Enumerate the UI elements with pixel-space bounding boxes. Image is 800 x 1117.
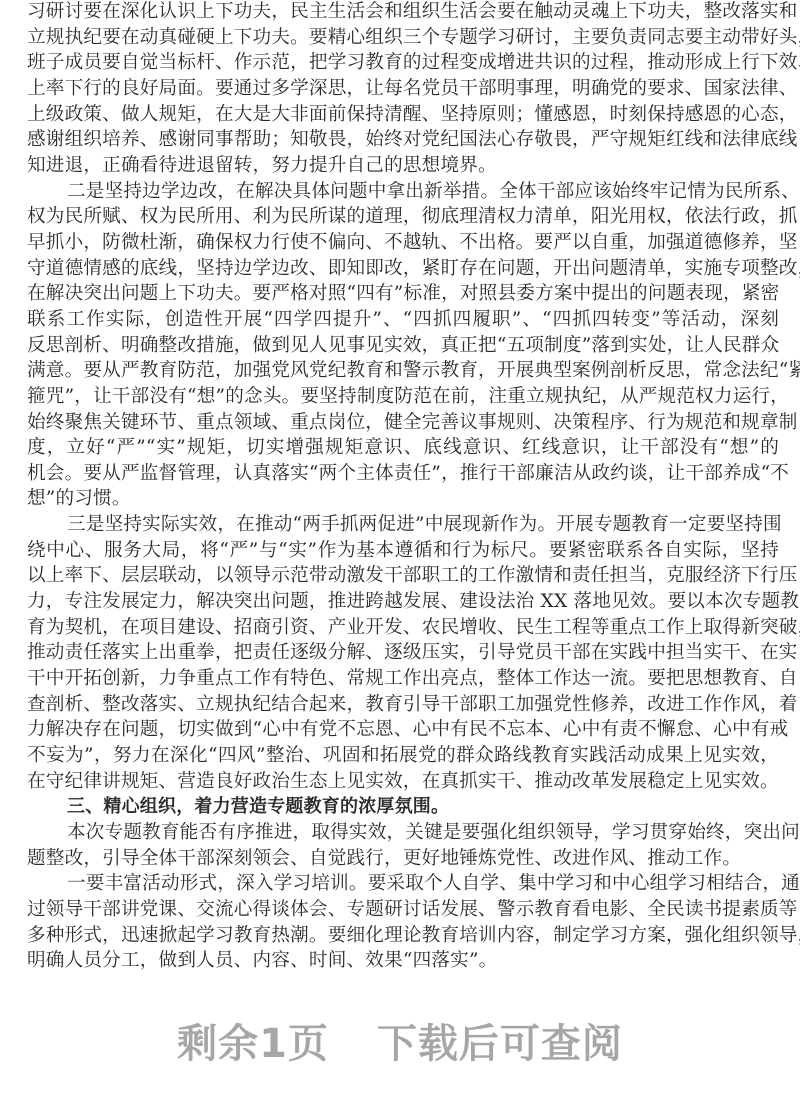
text-line: 班子成员要自觉当标杆、作示范，把学习教育的过程变成增进共识的过程，推动形成上行下…	[27, 50, 779, 76]
remaining-pages-label: 剩余1页	[177, 1021, 329, 1067]
text-line: 想”的习惯。	[27, 486, 779, 512]
text-line: 干中开拓创新，力争重点工作有特色、常规工作出亮点，整体工作达一流。要把思想教育、…	[27, 666, 779, 692]
text-line: 不妄为”，努力在深化“四风”整治、巩固和拓展党的群众路线教育实践活动成果上见实效…	[27, 743, 779, 769]
text-line: 知进退，正确看待进退留转，努力提升自己的思想境界。	[27, 153, 779, 179]
text-line: 守道德情感的底线，坚持边学边改、即知即改，紧盯存在问题，开出问题清单，实施专项整…	[27, 256, 779, 282]
text-line: 二是坚持边学边改，在解决具体问题中拿出新举措。全体干部应该始终牢记情为民所系、	[27, 179, 779, 205]
text-line: 本次专题教育能否有序推进，取得实效，关键是要强化组织领导，学习贯穿始终，突出问	[27, 820, 779, 846]
text-line: 过领导干部讲党课、交流心得谈体会、专题研讨话发展、警示教育看电影、全民读书提素质…	[27, 897, 779, 923]
section-heading: 三、精心组织，着力营造专题教育的浓厚氛围。	[27, 794, 779, 820]
text-line: 习研讨要在深化认识上下功夫，民主生活会和组织生活会要在触动灵魂上下功夫，整改落实…	[27, 0, 779, 25]
text-line: 在解决突出问题上下功夫。要严格对照“四有”标准，对照县委方案中提出的问题表现，紧…	[27, 281, 779, 307]
text-line: 反思剖析、明确整改措施，做到见人见事见实效，真正把“五项制度”落到实处，让人民群…	[27, 333, 779, 359]
text-line: 多种形式，迅速掀起学习教育热潮。要细化理论教育培训内容，制定学习方案，强化组织领…	[27, 923, 779, 949]
text-line: 在守纪律讲规矩、营造良好政治生态上见实效，在真抓实干、推动改革发展稳定上见实效。	[27, 769, 779, 795]
text-line: 上级政策、做人规矩，在大是大非面前保持清醒、坚持原则；懂感恩，时刻保持感恩的心态…	[27, 102, 779, 128]
text-line: 推动责任落实上出重拳，把责任逐级分解、逐级压实，引导党员干部在实践中担当实干、在…	[27, 640, 779, 666]
text-line: 箍咒”，让干部没有“想”的念头。要坚持制度防范在前，注重立规执纪，从严规范权力运…	[27, 384, 779, 410]
text-line: 力，专注发展定力，解决突出问题，推进跨越发展、建设法治 XX 落地见效。要以本次…	[27, 589, 779, 615]
download-banner[interactable]: 剩余1页下载后可查阅	[0, 1012, 800, 1069]
text-line: 感谢组织培养、感谢同事帮助；知敬畏，始终对党纪国法心存敬畏，严守规矩红线和法律底…	[27, 127, 779, 153]
text-line: 早抓小，防微杜渐，确保权力行使不偏向、不越轨、不出格。要严以自重，加强道德修养，…	[27, 230, 779, 256]
text-line: 育为契机，在项目建设、招商引资、产业开发、农民增收、民生工程等重点工作上取得新突…	[27, 615, 779, 641]
text-line: 明确人员分工，做到人员、内容、时间、效果“四落实”。	[27, 948, 779, 974]
text-line: 力解决存在问题，切实做到“心中有党不忘恩、心中有民不忘本、心中有责不懈怠、心中有…	[27, 717, 779, 743]
text-line: 机会。要从严监督管理，认真落实“两个主体责任”，推行干部廉洁从政约谈，让干部养成…	[27, 461, 779, 487]
text-line: 三是坚持实际实效，在推动“两手抓两促进”中展现新作为。开展专题教育一定要坚持围	[27, 512, 779, 538]
text-line: 一要丰富活动形式，深入学习培训。要采取个人自学、集中学习和中心组学习相结合，通	[27, 871, 779, 897]
text-line: 权为民所赋、权为民所用、利为民所谋的道理，彻底理清权力清单，阳光用权，依法行政，…	[27, 204, 779, 230]
text-line: 上率下行的良好局面。要通过多学深思，让每名党员干部明事理，明确党的要求、国家法律…	[27, 76, 779, 102]
download-to-view-label[interactable]: 下载后可查阅	[377, 1021, 623, 1067]
text-line: 始终聚焦关键环节、重点领域、重点岗位，健全完善议事规则、决策程序、行为规范和规章…	[27, 410, 779, 436]
text-line: 查剖析、整改落实、立规执纪结合起来，教育引导干部职工加强党性修养，改进工作作风，…	[27, 692, 779, 718]
text-line: 度，立好“严”“实”规矩，切实增强规矩意识、底线意识、红线意识，让干部没有“想”…	[27, 435, 779, 461]
text-line: 立规执纪要在动真碰硬上下功夫。要精心组织三个专题学习研讨，主要负责同志要主动带好…	[27, 25, 779, 51]
document-body: 习研讨要在深化认识上下功夫，民主生活会和组织生活会要在触动灵魂上下功夫，整改落实…	[27, 0, 779, 974]
text-line: 绕中心、服务大局，将“严”与“实”作为基本遵循和行为标尺。要紧密联系各自实际，坚…	[27, 538, 779, 564]
text-line: 以上率下、层层联动，以领导示范带动激发干部职工的工作激情和责任担当，克服经济下行…	[27, 563, 779, 589]
text-line: 题整改，引导全体干部深刻领会、自觉践行，更好地锤炼党性、改进作风、推动工作。	[27, 846, 779, 872]
text-line: 联系工作实际，创造性开展“四学四提升”、“四抓四履职”、“四抓四转变”等活动，深…	[27, 307, 779, 333]
text-line: 满意。要从严教育防范，加强党风党纪教育和警示教育，开展典型案例剖析反思，常念法纪…	[27, 358, 779, 384]
